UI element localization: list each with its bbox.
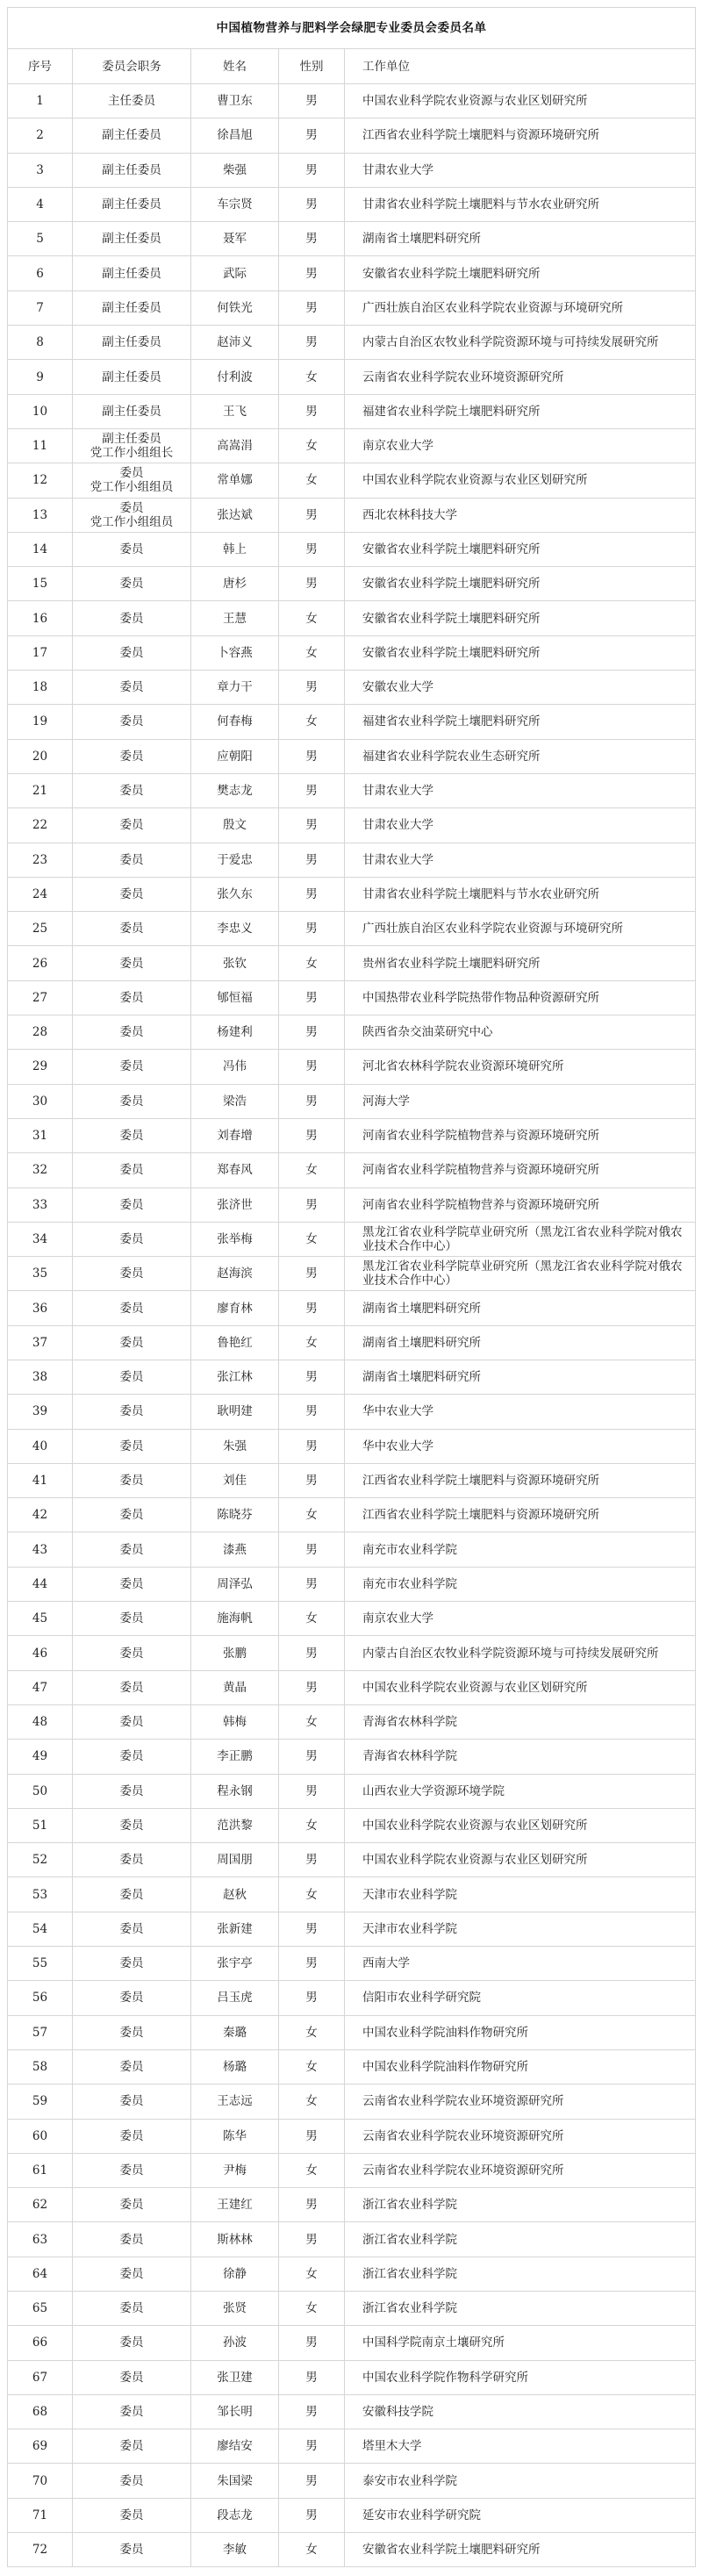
cell-unit: 中国农业科学院油料作物研究所 (345, 2049, 696, 2084)
cell-name: 武际 (191, 256, 279, 291)
cell-role: 委员 (73, 2533, 191, 2567)
role-line: 副主任委员 (73, 197, 190, 212)
role-line: 委员 (73, 1094, 190, 1109)
cell-index: 64 (8, 2257, 73, 2291)
table-row: 68 委员 邹长明 男 安徽科技学院 (8, 2394, 696, 2429)
cell-name: 梁浩 (191, 1084, 279, 1118)
table-row: 53 委员 赵秋 女 天津市农业科学院 (8, 1877, 696, 1912)
cell-index: 19 (8, 705, 73, 739)
role-line: 委员 (73, 1198, 190, 1212)
cell-unit: 湖南省土壤肥料研究所 (345, 1325, 696, 1360)
cell-unit: 甘肃农业大学 (345, 153, 696, 187)
cell-unit: 云南省农业科学院农业环境资源研究所 (345, 2153, 696, 2187)
cell-unit: 南充市农业科学院 (345, 1567, 696, 1601)
table-row: 61 委员 尹梅 女 云南省农业科学院农业环境资源研究所 (8, 2153, 696, 2187)
cell-unit: 内蒙古自治区农牧业科学院资源环境与可持续发展研究所 (345, 1636, 696, 1670)
cell-unit: 安徽省农业科学院土壤肥料研究所 (345, 532, 696, 566)
cell-unit: 安徽省农业科学院土壤肥料研究所 (345, 567, 696, 601)
cell-index: 55 (8, 1947, 73, 1981)
table-row: 39 委员 耿明建 男 华中农业大学 (8, 1395, 696, 1429)
table-row: 66 委员 孙波 男 中国科学院南京土壤研究所 (8, 2326, 696, 2360)
cell-index: 18 (8, 671, 73, 705)
cell-role: 委员 (73, 2360, 191, 2394)
cell-name: 于爱忠 (191, 843, 279, 877)
cell-gender: 男 (279, 1050, 345, 1084)
cell-role: 委员 (73, 2084, 191, 2119)
cell-unit: 中国科学院南京土壤研究所 (345, 2326, 696, 2360)
cell-index: 6 (8, 256, 73, 291)
cell-gender: 女 (279, 428, 345, 463)
cell-index: 25 (8, 912, 73, 946)
cell-role: 副主任委员 (73, 394, 191, 428)
table-row: 20 委员 应朝阳 男 福建省农业科学院农业生态研究所 (8, 739, 696, 773)
table-row: 25 委员 李忠义 男 广西壮族自治区农业科学院农业资源与环境研究所 (8, 912, 696, 946)
cell-role: 委员 (73, 2119, 191, 2153)
cell-unit: 云南省农业科学院农业环境资源研究所 (345, 2119, 696, 2153)
cell-gender: 男 (279, 843, 345, 877)
cell-index: 1 (8, 84, 73, 118)
cell-unit: 安徽省农业科学院土壤肥料研究所 (345, 2533, 696, 2567)
cell-name: 柴强 (191, 153, 279, 187)
table-row: 72 委员 李敏 女 安徽省农业科学院土壤肥料研究所 (8, 2533, 696, 2567)
cell-name: 刘佳 (191, 1463, 279, 1497)
table-row: 62 委员 王建红 男 浙江省农业科学院 (8, 2188, 696, 2222)
cell-unit: 浙江省农业科学院 (345, 2222, 696, 2257)
table-row: 2 副主任委员 徐昌旭 男 江西省农业科学院土壤肥料与资源环境研究所 (8, 118, 696, 153)
cell-gender: 男 (279, 671, 345, 705)
table-row: 67 委员 张卫建 男 中国农业科学院作物科学研究所 (8, 2360, 696, 2394)
cell-unit: 浙江省农业科学院 (345, 2292, 696, 2326)
cell-unit: 江西省农业科学院土壤肥料与资源环境研究所 (345, 118, 696, 153)
cell-index: 72 (8, 2533, 73, 2567)
cell-index: 35 (8, 1257, 73, 1291)
cell-role: 委员 (73, 1395, 191, 1429)
cell-name: 冯伟 (191, 1050, 279, 1084)
cell-index: 60 (8, 2119, 73, 2153)
cell-gender: 男 (279, 326, 345, 360)
table-row: 36 委员 廖育林 男 湖南省土壤肥料研究所 (8, 1291, 696, 1325)
cell-role: 委员 (73, 2394, 191, 2429)
cell-gender: 男 (279, 877, 345, 911)
role-line: 委员 (73, 612, 190, 626)
cell-name: 段志龙 (191, 2498, 279, 2532)
role-line: 副主任委员 (73, 405, 190, 419)
cell-unit: 延安市农业科学研究院 (345, 2498, 696, 2532)
cell-gender: 男 (279, 1947, 345, 1981)
cell-unit: 塔里木大学 (345, 2429, 696, 2464)
cell-gender: 男 (279, 1532, 345, 1567)
cell-role: 委员 (73, 946, 191, 980)
cell-gender: 男 (279, 1636, 345, 1670)
role-line: 委员 (73, 2233, 190, 2247)
cell-role: 委员 (73, 877, 191, 911)
table-title: 中国植物营养与肥料学会绿肥专业委员会委员名单 (8, 8, 696, 49)
role-line: 委员 (73, 750, 190, 764)
cell-name: 赵海滨 (191, 1257, 279, 1291)
cell-unit: 甘肃省农业科学院土壤肥料与节水农业研究所 (345, 877, 696, 911)
table-row: 70 委员 朱国梁 男 泰安市农业科学院 (8, 2464, 696, 2498)
cell-role: 委员 (73, 601, 191, 635)
cell-role: 委员 (73, 912, 191, 946)
cell-unit: 甘肃农业大学 (345, 808, 696, 843)
cell-index: 31 (8, 1118, 73, 1152)
table-row: 19 委员 何春梅 女 福建省农业科学院土壤肥料研究所 (8, 705, 696, 739)
cell-index: 28 (8, 1015, 73, 1050)
role-line: 委员 (73, 1784, 190, 1798)
table-row: 41 委员 刘佳 男 江西省农业科学院土壤肥料与资源环境研究所 (8, 1463, 696, 1497)
cell-gender: 女 (279, 2533, 345, 2567)
role-line: 副主任委员 (73, 267, 190, 281)
cell-gender: 男 (279, 256, 345, 291)
cell-name: 李正鹏 (191, 1740, 279, 1774)
cell-gender: 男 (279, 84, 345, 118)
cell-index: 22 (8, 808, 73, 843)
table-row: 16 委员 王慧 女 安徽省农业科学院土壤肥料研究所 (8, 601, 696, 635)
cell-gender: 女 (279, 1808, 345, 1842)
role-line: 委员 (73, 2163, 190, 2178)
cell-gender: 男 (279, 2119, 345, 2153)
table-row: 42 委员 陈晓芬 女 江西省农业科学院土壤肥料与资源环境研究所 (8, 1498, 696, 1532)
cell-unit: 安徽农业大学 (345, 671, 696, 705)
role-line: 委员 (73, 646, 190, 660)
table-row: 57 委员 秦璐 女 中国农业科学院油料作物研究所 (8, 2015, 696, 2049)
cell-index: 70 (8, 2464, 73, 2498)
cell-name: 孙波 (191, 2326, 279, 2360)
table-row: 10 副主任委员 王飞 男 福建省农业科学院土壤肥料研究所 (8, 394, 696, 428)
cell-index: 37 (8, 1325, 73, 1360)
cell-gender: 男 (279, 2498, 345, 2532)
role-line: 委员 (73, 714, 190, 728)
cell-gender: 男 (279, 1670, 345, 1704)
cell-unit: 甘肃农业大学 (345, 843, 696, 877)
cell-unit: 华中农业大学 (345, 1395, 696, 1429)
cell-role: 委员 (73, 2049, 191, 2084)
cell-index: 39 (8, 1395, 73, 1429)
cell-index: 29 (8, 1050, 73, 1084)
cell-role: 委员 (73, 1325, 191, 1360)
cell-name: 郑春风 (191, 1153, 279, 1188)
role-line: 副主任委员 (73, 163, 190, 177)
cell-index: 62 (8, 2188, 73, 2222)
cell-role: 委员 (73, 808, 191, 843)
cell-gender: 男 (279, 1843, 345, 1877)
cell-index: 9 (8, 360, 73, 394)
cell-role: 委员 (73, 980, 191, 1015)
table-row: 30 委员 梁浩 男 河海大学 (8, 1084, 696, 1118)
cell-index: 32 (8, 1153, 73, 1188)
cell-role: 委员 (73, 2188, 191, 2222)
cell-name: 常单娜 (191, 463, 279, 498)
role-line: 委员 (73, 2129, 190, 2143)
cell-index: 8 (8, 326, 73, 360)
cell-index: 49 (8, 1740, 73, 1774)
cell-index: 47 (8, 1670, 73, 1704)
cell-gender: 女 (279, 1877, 345, 1912)
cell-index: 27 (8, 980, 73, 1015)
table-row: 26 委员 张钦 女 贵州省农业科学院土壤肥料研究所 (8, 946, 696, 980)
cell-gender: 男 (279, 1429, 345, 1463)
role-line: 党工作小组组员 (73, 515, 190, 529)
role-line: 委员 (73, 2405, 190, 2419)
cell-index: 50 (8, 1774, 73, 1808)
cell-role: 委员 (73, 843, 191, 877)
role-line: 副主任委员 (73, 335, 190, 349)
cell-index: 58 (8, 2049, 73, 2084)
role-line: 委员 (73, 1853, 190, 1867)
table-row: 31 委员 刘春增 男 河南省农业科学院植物营养与资源环境研究所 (8, 1118, 696, 1152)
table-row: 23 委员 于爱忠 男 甘肃农业大学 (8, 843, 696, 877)
cell-unit: 黑龙江省农业科学院草业研究所（黑龙江省农业科学院对俄农业技术合作中心） (345, 1257, 696, 1291)
table-row: 27 委员 郇恒福 男 中国热带农业科学院热带作物品种资源研究所 (8, 980, 696, 1015)
table-row: 50 委员 程永钢 男 山西农业大学资源环境学院 (8, 1774, 696, 1808)
role-line: 委员 (73, 542, 190, 556)
cell-role: 副主任委员 (73, 118, 191, 153)
role-line: 委员 (73, 1025, 190, 1039)
cell-unit: 南京农业大学 (345, 1602, 696, 1636)
cell-index: 16 (8, 601, 73, 635)
cell-gender: 男 (279, 222, 345, 256)
cell-name: 韩梅 (191, 1704, 279, 1739)
cell-unit: 浙江省农业科学院 (345, 2257, 696, 2291)
cell-unit: 河海大学 (345, 1084, 696, 1118)
table-row: 22 委员 殷文 男 甘肃农业大学 (8, 808, 696, 843)
cell-gender: 男 (279, 2429, 345, 2464)
cell-gender: 女 (279, 2084, 345, 2119)
cell-index: 67 (8, 2360, 73, 2394)
cell-role: 委员 (73, 1947, 191, 1981)
cell-unit: 陕西省杂交油菜研究中心 (345, 1015, 696, 1050)
table-row: 6 副主任委员 武际 男 安徽省农业科学院土壤肥料研究所 (8, 256, 696, 291)
cell-unit: 河南省农业科学院植物营养与资源环境研究所 (345, 1188, 696, 1222)
cell-gender: 女 (279, 1602, 345, 1636)
cell-index: 7 (8, 291, 73, 325)
cell-name: 张济世 (191, 1188, 279, 1222)
table-row: 4 副主任委员 车宗贤 男 甘肃省农业科学院土壤肥料与节水农业研究所 (8, 187, 696, 221)
table-row: 15 委员 唐杉 男 安徽省农业科学院土壤肥料研究所 (8, 567, 696, 601)
cell-name: 周国朋 (191, 1843, 279, 1877)
cell-unit: 华中农业大学 (345, 1429, 696, 1463)
cell-unit: 天津市农业科学院 (345, 1877, 696, 1912)
cell-gender: 女 (279, 2049, 345, 2084)
cell-gender: 女 (279, 463, 345, 498)
table-row: 35 委员 赵海滨 男 黑龙江省农业科学院草业研究所（黑龙江省农业科学院对俄农业… (8, 1257, 696, 1291)
cell-name: 殷文 (191, 808, 279, 843)
role-line: 委员 (73, 818, 190, 832)
role-line: 主任委员 (73, 94, 190, 108)
table-row: 21 委员 樊志龙 男 甘肃农业大学 (8, 773, 696, 807)
role-line: 委员 (73, 2543, 190, 2557)
cell-gender: 女 (279, 1222, 345, 1256)
cell-name: 秦璐 (191, 2015, 279, 2049)
cell-gender: 女 (279, 2015, 345, 2049)
header-role: 委员会职务 (73, 49, 191, 84)
table-row: 3 副主任委员 柴强 男 甘肃农业大学 (8, 153, 696, 187)
cell-name: 王志远 (191, 2084, 279, 2119)
header-row: 序号 委员会职务 姓名 性别 工作单位 (8, 49, 696, 84)
cell-name: 唐杉 (191, 567, 279, 601)
role-line: 委员 (73, 1888, 190, 1902)
cell-unit: 安徽省农业科学院土壤肥料研究所 (345, 601, 696, 635)
cell-role: 委员 (73, 1704, 191, 1739)
cell-gender: 男 (279, 153, 345, 187)
cell-role: 副主任委员 (73, 326, 191, 360)
cell-gender: 女 (279, 360, 345, 394)
cell-name: 斯林林 (191, 2222, 279, 2257)
table-row: 65 委员 张贤 女 浙江省农业科学院 (8, 2292, 696, 2326)
cell-name: 吕玉虎 (191, 1981, 279, 2015)
cell-name: 施海帆 (191, 1602, 279, 1636)
cell-index: 3 (8, 153, 73, 187)
table-row: 17 委员 卜容燕 女 安徽省农业科学院土壤肥料研究所 (8, 635, 696, 670)
cell-name: 何铁光 (191, 291, 279, 325)
cell-role: 主任委员 (73, 84, 191, 118)
cell-name: 王建红 (191, 2188, 279, 2222)
role-line: 委员 (73, 784, 190, 798)
cell-name: 张江林 (191, 1360, 279, 1394)
role-line: 委员 (73, 1922, 190, 1936)
role-line: 委员 (73, 2198, 190, 2212)
cell-gender: 女 (279, 1153, 345, 1188)
cell-unit: 中国农业科学院农业资源与农业区划研究所 (345, 1670, 696, 1704)
cell-index: 12 (8, 463, 73, 498)
cell-gender: 女 (279, 1704, 345, 1739)
role-line: 委员 (73, 991, 190, 1005)
role-line: 党工作小组组长 (73, 446, 190, 460)
role-line: 委员 (73, 2371, 190, 2385)
role-line: 委员 (73, 1370, 190, 1384)
table-row: 13 委员党工作小组组员 张达斌 男 西北农林科技大学 (8, 498, 696, 532)
cell-index: 30 (8, 1084, 73, 1118)
table-row: 55 委员 张宇亭 男 西南大学 (8, 1947, 696, 1981)
cell-gender: 男 (279, 2360, 345, 2394)
cell-index: 57 (8, 2015, 73, 2049)
cell-role: 委员 (73, 773, 191, 807)
cell-index: 53 (8, 1877, 73, 1912)
cell-index: 23 (8, 843, 73, 877)
cell-index: 43 (8, 1532, 73, 1567)
cell-role: 委员 (73, 2429, 191, 2464)
role-line: 委员 (73, 1302, 190, 1316)
cell-gender: 男 (279, 1015, 345, 1050)
cell-index: 44 (8, 1567, 73, 1601)
cell-role: 委员 (73, 739, 191, 773)
cell-index: 5 (8, 222, 73, 256)
cell-role: 副主任委员 (73, 153, 191, 187)
table-row: 46 委员 张鹏 男 内蒙古自治区农牧业科学院资源环境与可持续发展研究所 (8, 1636, 696, 1670)
role-line: 委员 (73, 1163, 190, 1177)
role-line: 委员 (73, 957, 190, 971)
cell-unit: 安徽科技学院 (345, 2394, 696, 2429)
cell-gender: 女 (279, 705, 345, 739)
cell-name: 章力干 (191, 671, 279, 705)
role-line: 委员 (73, 1439, 190, 1453)
cell-index: 20 (8, 739, 73, 773)
cell-role: 委员党工作小组组员 (73, 498, 191, 532)
cell-name: 张举梅 (191, 1222, 279, 1256)
cell-gender: 女 (279, 1498, 345, 1532)
cell-index: 40 (8, 1429, 73, 1463)
cell-index: 24 (8, 877, 73, 911)
cell-role: 委员 (73, 1636, 191, 1670)
cell-name: 郇恒福 (191, 980, 279, 1015)
cell-role: 委员 (73, 1084, 191, 1118)
cell-name: 张宇亭 (191, 1947, 279, 1981)
cell-name: 廖育林 (191, 1291, 279, 1325)
cell-name: 范洪黎 (191, 1808, 279, 1842)
cell-index: 14 (8, 532, 73, 566)
cell-name: 聂军 (191, 222, 279, 256)
role-line: 委员 (73, 2439, 190, 2453)
cell-role: 委员 (73, 1602, 191, 1636)
role-line: 委员 (73, 2508, 190, 2522)
cell-gender: 男 (279, 1257, 345, 1291)
cell-name: 刘春增 (191, 1118, 279, 1152)
cell-unit: 山西农业大学资源环境学院 (345, 1774, 696, 1808)
cell-index: 41 (8, 1463, 73, 1497)
cell-name: 徐昌旭 (191, 118, 279, 153)
cell-unit: 中国农业科学院农业资源与农业区划研究所 (345, 1843, 696, 1877)
cell-index: 36 (8, 1291, 73, 1325)
header-unit: 工作单位 (345, 49, 696, 84)
cell-unit: 甘肃农业大学 (345, 773, 696, 807)
cell-unit: 安徽省农业科学院土壤肥料研究所 (345, 635, 696, 670)
role-line: 党工作小组组员 (73, 480, 190, 494)
cell-name: 曹卫东 (191, 84, 279, 118)
cell-index: 63 (8, 2222, 73, 2257)
cell-unit: 青海省农林科学院 (345, 1704, 696, 1739)
cell-role: 委员 (73, 1498, 191, 1532)
table-row: 14 委员 韩上 男 安徽省农业科学院土壤肥料研究所 (8, 532, 696, 566)
cell-name: 张钦 (191, 946, 279, 980)
cell-unit: 河南省农业科学院植物营养与资源环境研究所 (345, 1118, 696, 1152)
table-row: 71 委员 段志龙 男 延安市农业科学研究院 (8, 2498, 696, 2532)
cell-role: 委员 (73, 1153, 191, 1188)
cell-name: 漆燕 (191, 1532, 279, 1567)
cell-unit: 湖南省土壤肥料研究所 (345, 1360, 696, 1394)
cell-gender: 女 (279, 2153, 345, 2187)
cell-unit: 广西壮族自治区农业科学院农业资源与环境研究所 (345, 912, 696, 946)
table-row: 52 委员 周国朋 男 中国农业科学院农业资源与农业区划研究所 (8, 1843, 696, 1877)
cell-unit: 泰安市农业科学院 (345, 2464, 696, 2498)
table-row: 28 委员 杨建利 男 陕西省杂交油菜研究中心 (8, 1015, 696, 1050)
cell-unit: 中国农业科学院农业资源与农业区划研究所 (345, 463, 696, 498)
cell-role: 委员 (73, 1774, 191, 1808)
cell-index: 48 (8, 1704, 73, 1739)
cell-index: 38 (8, 1360, 73, 1394)
table-row: 47 委员 黄晶 男 中国农业科学院农业资源与农业区划研究所 (8, 1670, 696, 1704)
table-body: 1 主任委员 曹卫东 男 中国农业科学院农业资源与农业区划研究所 2 副主任委员… (8, 84, 696, 2567)
cell-gender: 男 (279, 1188, 345, 1222)
table-row: 58 委员 杨璐 女 中国农业科学院油料作物研究所 (8, 2049, 696, 2084)
cell-index: 69 (8, 2429, 73, 2464)
cell-unit: 南京农业大学 (345, 428, 696, 463)
table-row: 34 委员 张举梅 女 黑龙江省农业科学院草业研究所（黑龙江省农业科学院对俄农业… (8, 1222, 696, 1256)
table-row: 38 委员 张江林 男 湖南省土壤肥料研究所 (8, 1360, 696, 1394)
cell-role: 委员 (73, 2464, 191, 2498)
cell-role: 委员 (73, 635, 191, 670)
cell-gender: 男 (279, 1740, 345, 1774)
table-row: 56 委员 吕玉虎 男 信阳市农业科学研究院 (8, 1981, 696, 2015)
cell-name: 李敏 (191, 2533, 279, 2567)
table-row: 11 副主任委员党工作小组组长 高嵩涓 女 南京农业大学 (8, 428, 696, 463)
cell-name: 高嵩涓 (191, 428, 279, 463)
cell-unit: 河北省农林科学院农业资源环境研究所 (345, 1050, 696, 1084)
role-line: 委员 (73, 2336, 190, 2350)
role-line: 副主任委员 (73, 432, 190, 446)
role-line: 委员 (73, 2301, 190, 2315)
cell-name: 陈华 (191, 2119, 279, 2153)
cell-role: 委员 (73, 1912, 191, 1946)
